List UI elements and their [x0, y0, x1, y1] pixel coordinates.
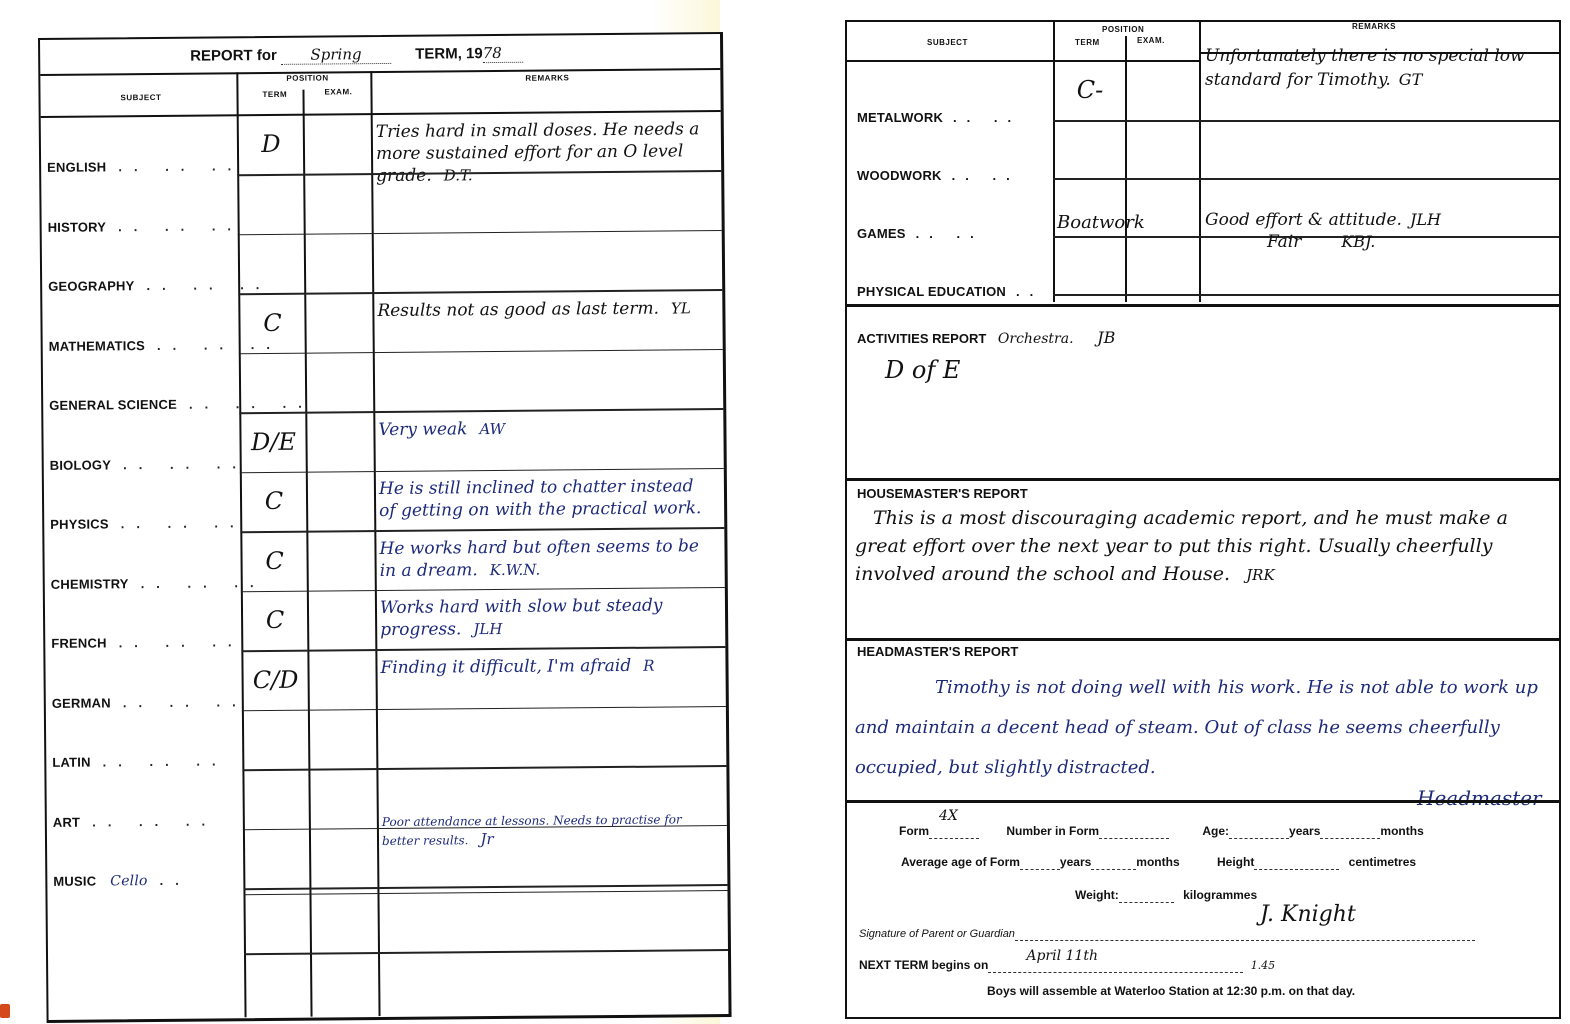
subject-chemistry: CHEMISTRY.. .. ..: [45, 575, 241, 592]
teacher-signature: K.W.N.: [490, 560, 541, 578]
subject-remark: Finding it difficult, I'm afraidR: [380, 654, 710, 679]
subject-remark: [1205, 150, 1555, 174]
subject-latin: LATIN.. .. ..: [46, 753, 242, 770]
subject-name: GENERAL SCIENCE: [49, 397, 177, 413]
term-grade: [243, 368, 303, 369]
subject-remark: FairKBJ.: [1267, 230, 1570, 254]
subject-remark: Very weakAW: [378, 416, 708, 441]
form-field: 4X: [929, 824, 979, 839]
term-grade: C: [244, 546, 304, 575]
subject-remark: [381, 713, 711, 738]
term-year-field: 78: [483, 44, 523, 63]
weight-row: Weight: kilogrammes: [1075, 888, 1257, 903]
column-divider: [1053, 22, 1055, 302]
leader-dots: .. .. ..: [118, 158, 243, 174]
remark-text: Unfortunately there is no special low st…: [1205, 46, 1525, 90]
term-grade: C: [242, 308, 302, 337]
row-divider: [1053, 178, 1559, 180]
average-age-row: Average age of Form years months Height …: [901, 855, 1416, 870]
remark-text: Fair: [1267, 232, 1301, 252]
subject-german: GERMAN.. .. ..: [46, 694, 242, 711]
subject-art: ART.. .. ..: [47, 813, 243, 830]
column-subject: SUBJECT: [120, 93, 161, 102]
activities-text: D of E: [885, 356, 960, 384]
number-in-form-field: [1099, 824, 1169, 839]
column-position: POSITION: [286, 73, 328, 82]
leader-dots: .. .. ..: [123, 694, 248, 710]
report-page-left: REPORT for Spring TERM, 1978 SUBJECT POS…: [38, 32, 732, 1023]
column-subject: SUBJECT: [927, 38, 968, 47]
next-term-row: NEXT TERM begins onApril 11th 1.45: [859, 958, 1275, 973]
term-grade: C/D: [245, 665, 305, 694]
term-grade: Boatwork: [1057, 212, 1197, 233]
term-label: TERM, 19: [415, 45, 483, 63]
row-divider: [240, 468, 724, 474]
remark-text: Works hard with slow but steady progress…: [380, 596, 663, 640]
activities-signature: JB: [1097, 328, 1115, 347]
subject-name: WOODWORK: [857, 168, 942, 183]
subject-remark: Poor attendance at lessons. Needs to pra…: [382, 810, 712, 850]
column-divider: [1125, 36, 1127, 302]
weight-label: Weight:: [1075, 888, 1119, 902]
average-years-field: [1020, 855, 1060, 870]
leader-dots: .. ..: [952, 168, 1020, 183]
subject-games: GAMES.. ..: [857, 226, 984, 241]
next-term-time: 1.45: [1251, 959, 1276, 972]
housemaster-signature: JRK: [1246, 566, 1275, 584]
form-field-row: Form4X Number in Form Age: years months: [899, 824, 1424, 839]
activities-report-title: ACTIVITIES REPORT: [857, 331, 986, 346]
number-in-form-label: Number in Form: [1006, 824, 1099, 838]
parent-signature-label: Signature of Parent or Guardian: [859, 928, 1015, 940]
teacher-signature: R: [643, 656, 654, 674]
subject-name: MATHEMATICS: [49, 338, 145, 354]
section-divider: [847, 478, 1559, 481]
subject-general-science: GENERAL SCIENCE.. .. ..: [43, 396, 239, 413]
teacher-signature: YL: [671, 299, 691, 317]
teacher-signature: GT: [1399, 70, 1422, 89]
housemaster-text: This is a most discouraging academic rep…: [855, 507, 1508, 585]
section-divider: [847, 638, 1559, 641]
term-grade: D: [241, 130, 301, 159]
average-age-label: Average age of Form: [901, 855, 1020, 869]
column-remarks: REMARKS: [525, 73, 569, 82]
parent-signature-field: J. Knight: [1015, 928, 1475, 941]
subject-physics: PHYSICS.. .. ..: [44, 515, 240, 532]
leader-dots: .. .. ..: [157, 336, 282, 352]
row-divider: [243, 884, 727, 890]
subject-name: HISTORY: [48, 219, 107, 235]
leader-dots: ..: [1016, 284, 1043, 299]
subject-metalwork: METALWORK.. ..: [857, 110, 1021, 125]
subject-music: MUSICCello..: [47, 872, 243, 890]
housemaster-report-text: This is a most discouraging academic rep…: [855, 504, 1550, 589]
section-divider: [847, 800, 1559, 803]
row-divider: [242, 765, 726, 771]
leader-dots: .. .. ..: [141, 575, 266, 591]
row-divider: [242, 706, 726, 712]
subject-name: PHYSICS: [50, 516, 109, 532]
row-divider: [1053, 120, 1559, 122]
years-label: years: [1060, 855, 1091, 869]
row-divider: [241, 646, 725, 652]
subject-remark: Unfortunately there is no special low st…: [1205, 44, 1555, 92]
row-divider: [238, 230, 722, 236]
teacher-signature: Jr: [480, 830, 493, 848]
next-term-label: NEXT TERM begins on: [859, 958, 988, 972]
subject-name: BIOLOGY: [50, 457, 111, 473]
parent-signature-row: Signature of Parent or GuardianJ. Knight: [859, 928, 1475, 941]
column-exam: EXAM.: [1137, 36, 1165, 45]
page-edge-mark: [0, 1004, 10, 1018]
subject-geography: GEOGRAPHY.. .. ..: [42, 277, 238, 294]
subject-remark: Tries hard in small doses. He needs a mo…: [376, 118, 707, 187]
subject-remark: [381, 773, 711, 798]
row-divider: [1053, 294, 1559, 296]
divider: [40, 68, 720, 76]
leader-dots: .. .. ..: [103, 753, 228, 769]
row-divider: [243, 890, 727, 896]
remark-text: Tries hard in small doses. He needs a mo…: [376, 119, 700, 186]
subject-name: CHEMISTRY: [51, 576, 129, 592]
subject-remark: [376, 178, 706, 203]
row-divider: [239, 349, 723, 355]
leader-dots: .. .. ..: [92, 813, 217, 829]
column-exam: EXAM.: [324, 87, 352, 96]
subject-remark: Works hard with slow but steady progress…: [380, 594, 710, 641]
leader-dots: .. .. ..: [189, 396, 314, 412]
subject-remark: Good effort & attitude.JLH: [1205, 208, 1555, 232]
row-divider: [240, 527, 724, 533]
instrument-note: Cello: [110, 873, 148, 889]
leader-dots: .. .. ..: [119, 634, 244, 650]
subject-remark: He works hard but often seems to be in a…: [379, 535, 709, 582]
leader-dots: .. .. ..: [146, 277, 271, 293]
term-name-field: Spring: [281, 45, 391, 65]
years-label: years: [1289, 824, 1320, 838]
remark-text: Finding it difficult, I'm afraid: [380, 655, 631, 677]
housemaster-report-title: HOUSEMASTER'S REPORT: [857, 486, 1028, 501]
teacher-signature: AW: [479, 419, 505, 437]
remark-text: Results not as good as last term.: [377, 298, 659, 320]
report-header: REPORT for Spring TERM, 1978: [190, 44, 523, 66]
subject-name: PHYSICAL EDUCATION: [857, 284, 1006, 299]
term-grade: C-: [1057, 76, 1123, 104]
subject-name: GERMAN: [52, 695, 111, 711]
centimetres-label: centimetres: [1349, 855, 1416, 869]
column-divider: [1199, 22, 1201, 302]
subject-name: GAMES: [857, 226, 906, 241]
weight-field: [1119, 888, 1174, 903]
section-divider: [847, 304, 1559, 307]
headmaster-signature: Headmaster: [1417, 786, 1542, 810]
parent-signature: J. Knight: [1260, 902, 1356, 927]
leader-dots: .. ..: [916, 226, 984, 241]
headmaster-report-text: Timothy is not doing well with his work.…: [855, 668, 1550, 788]
subject-name: GEOGRAPHY: [48, 278, 134, 294]
term-grade: [246, 725, 306, 726]
average-months-field: [1091, 855, 1136, 870]
teacher-signature: JLH: [473, 620, 502, 638]
subject-name: METALWORK: [857, 110, 943, 125]
subject-history: HISTORY.. .. ..: [42, 218, 238, 235]
age-label: Age:: [1202, 824, 1229, 838]
kilogrammes-label: kilogrammes: [1183, 888, 1257, 902]
subject-remark: Results not as good as last term.YL: [377, 297, 707, 322]
subject-name: MUSIC: [53, 874, 96, 889]
teacher-signature: JLH: [1410, 210, 1441, 229]
subject-name: ENGLISH: [47, 159, 106, 175]
height-field: [1254, 855, 1339, 870]
months-label: months: [1136, 855, 1179, 869]
form-label: Form: [899, 824, 929, 838]
term-grade: C: [245, 606, 305, 635]
leader-dots: .. .. ..: [118, 218, 243, 234]
term-grade: [241, 189, 301, 190]
subject-biology: BIOLOGY.. .. ..: [44, 456, 240, 473]
months-label: months: [1380, 824, 1423, 838]
subject-name: FRENCH: [51, 635, 107, 650]
leader-dots: .. .. ..: [121, 515, 246, 531]
column-remarks: REMARKS: [1352, 22, 1396, 31]
remark-text: He is still inclined to chatter instead …: [379, 476, 702, 521]
row-divider: [241, 587, 725, 593]
form-value: 4X: [939, 808, 958, 824]
term-grade: [247, 844, 307, 845]
column-term: TERM: [262, 90, 287, 99]
term-grade: [242, 249, 302, 250]
remark-text: Good effort & attitude.: [1205, 210, 1402, 230]
leader-dots: .. ..: [953, 110, 1021, 125]
teacher-signature: KBJ.: [1341, 232, 1375, 251]
subject-remark: He is still inclined to chatter instead …: [379, 475, 709, 522]
next-term-date: April 11th: [1026, 948, 1098, 964]
leader-dots: ..: [160, 873, 191, 888]
subject-english: ENGLISH.. .. ..: [41, 158, 237, 175]
leader-dots: .. .. ..: [123, 456, 248, 472]
height-label: Height: [1217, 855, 1254, 869]
subject-remark: [378, 356, 708, 381]
subject-remark: [377, 237, 707, 262]
subject-name: LATIN: [52, 755, 90, 770]
report-page-right: SUBJECT POSITION TERM EXAM. REMARKS META…: [845, 20, 1561, 1019]
subject-woodwork: WOODWORK.. ..: [857, 168, 1020, 183]
column-term: TERM: [1075, 38, 1100, 47]
term-grade: C: [244, 487, 304, 516]
row-divider: [238, 289, 722, 295]
subject-name: ART: [53, 814, 80, 829]
headmaster-report-title: HEADMASTER'S REPORT: [857, 644, 1018, 659]
term-grade: D/E: [243, 427, 303, 456]
activities-note: Orchestra.: [998, 331, 1074, 347]
remark-text: Very weak: [378, 419, 467, 440]
subject-mathematics: MATHEMATICS.. .. ..: [43, 337, 239, 354]
next-term-date-field: April 11th: [988, 958, 1243, 973]
row-divider: [244, 949, 728, 955]
term-grade: [247, 784, 307, 785]
header-divider: [41, 110, 721, 118]
subject-physical-education: PHYSICAL EDUCATION..: [857, 284, 1043, 299]
header-divider: [847, 60, 1199, 62]
age-months-field: [1320, 824, 1380, 839]
age-years-field: [1229, 824, 1289, 839]
assemble-note: Boys will assemble at Waterloo Station a…: [987, 984, 1355, 998]
report-for-label: REPORT for: [190, 47, 277, 65]
subject-french: FRENCH.. .. ..: [45, 634, 241, 651]
remark-text: Poor attendance at lessons. Needs to pra…: [382, 812, 682, 848]
activities-report-section: ACTIVITIES REPORT Orchestra. JB: [857, 328, 1115, 347]
column-position: POSITION: [1102, 25, 1144, 34]
